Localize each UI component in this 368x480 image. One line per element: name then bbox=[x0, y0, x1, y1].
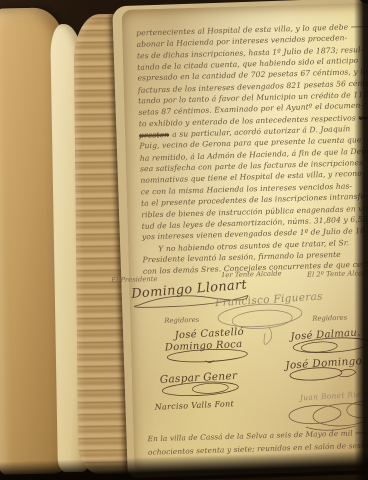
signature-regidor: Narciso Valls Font bbox=[155, 399, 235, 412]
signature-name: Narciso Valls Font bbox=[155, 399, 235, 412]
minutes-body-text: pertenecientes al Hospital de esta villa… bbox=[136, 21, 368, 277]
photo-right-shadow bbox=[354, 0, 368, 480]
regidores-left-label: Regidores bbox=[164, 316, 199, 325]
struck-out-word: presten bbox=[139, 130, 169, 140]
regidores-right-label: Regidores bbox=[312, 314, 347, 323]
first-deputy-label: 1er Tente Alcalde bbox=[221, 269, 282, 279]
president-label: El Presidente bbox=[111, 275, 158, 284]
manuscript-page: pertenecientes al Hospital de esta villa… bbox=[122, 3, 368, 472]
signature-regidor: Domingo Roca bbox=[165, 339, 252, 367]
minutes-book-photo: pertenecientes al Hospital de esta villa… bbox=[0, 0, 368, 480]
signature-regidor: Gaspar Gener bbox=[159, 370, 242, 399]
